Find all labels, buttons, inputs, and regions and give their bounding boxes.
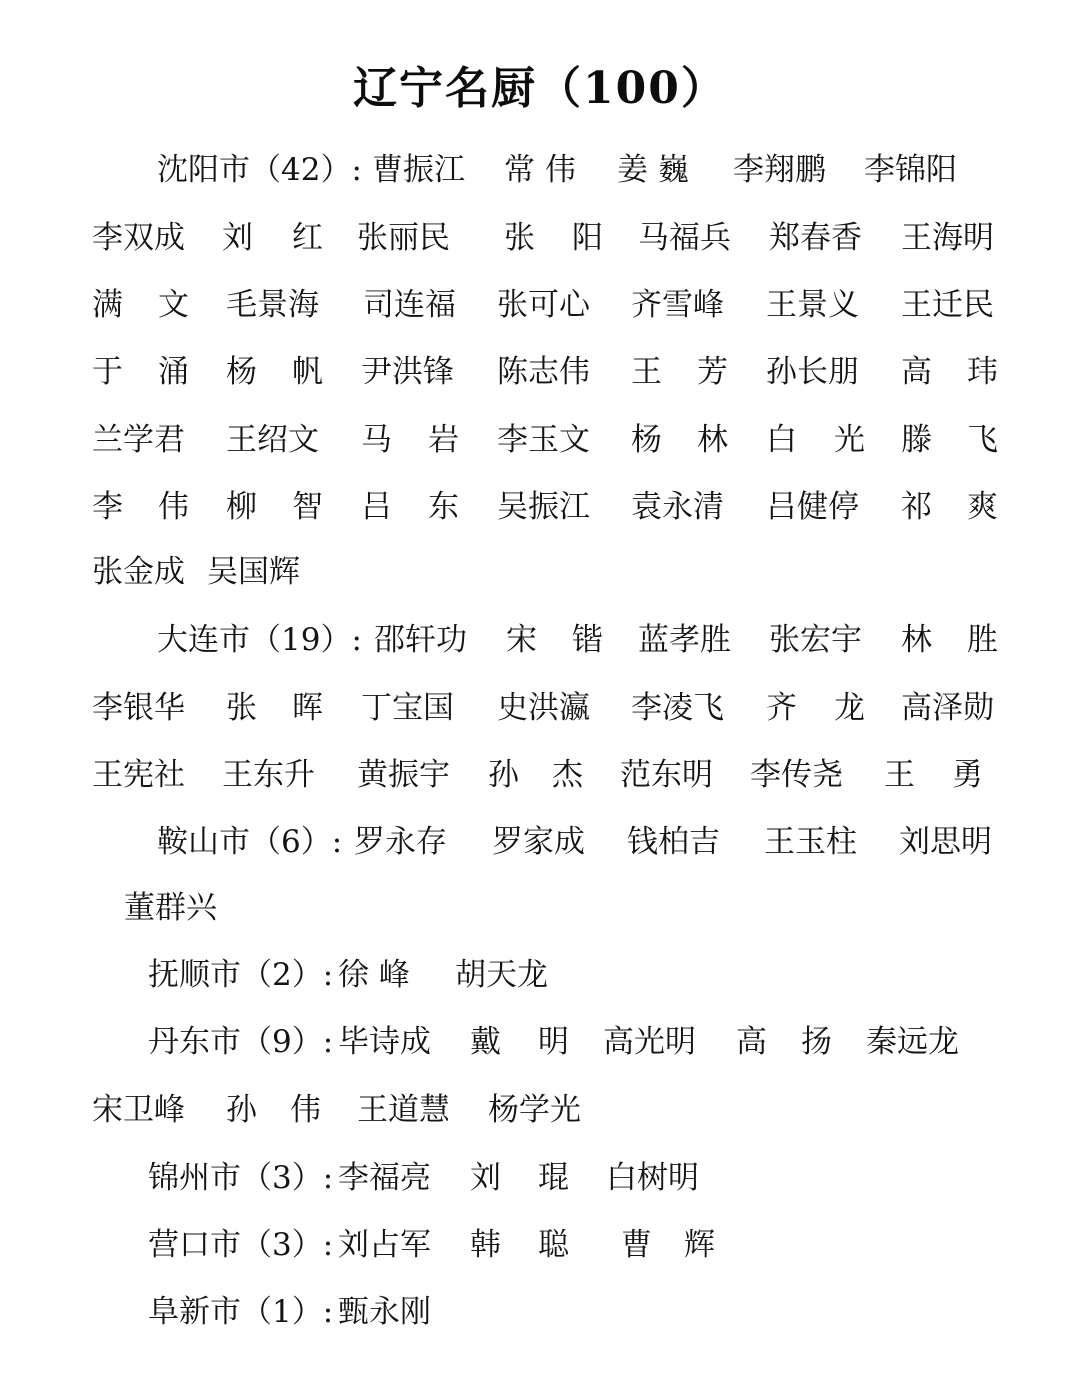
chef-name: 阳	[572, 218, 603, 258]
text-line: 王宪社王东升黄振宇孙杰范东明李传尧王勇	[0, 755, 1080, 805]
chef-name: 高	[736, 1022, 767, 1062]
chef-name: 曹	[621, 1225, 652, 1265]
chef-name: 陈志伟	[497, 352, 590, 392]
chef-name: 扬	[801, 1022, 832, 1062]
chef-name: 岩	[428, 420, 459, 460]
city-label: 丹东市（9）:	[148, 1022, 333, 1062]
chef-name: 吕	[361, 487, 392, 527]
chef-name: 齐雪峰	[631, 285, 724, 325]
chef-name: 王玉柱	[764, 822, 857, 862]
chef-name: 李双成	[92, 218, 185, 258]
chef-name: 芳	[697, 352, 728, 392]
chef-name: 徐 峰	[338, 955, 410, 995]
text-line: 鞍山市（6）:罗永存罗家成钱柏吉王玉柱刘思明	[0, 822, 1080, 872]
chef-name: 丁宝国	[361, 688, 454, 728]
chef-name: 董群兴	[124, 888, 217, 928]
chef-name: 孙	[488, 755, 519, 795]
chef-name: 范东明	[620, 755, 713, 795]
chef-name: 伟	[158, 487, 189, 527]
chef-name: 王景义	[766, 285, 859, 325]
text-line: 张金成吴国辉	[0, 552, 1080, 602]
chef-name: 兰学君	[92, 420, 185, 460]
chef-name: 吕健停	[766, 487, 859, 527]
chef-name: 胜	[967, 620, 998, 660]
chef-name: 张金成	[92, 552, 185, 592]
chef-name: 孙长朋	[766, 352, 859, 392]
chef-name: 智	[292, 487, 323, 527]
chef-name: 白树明	[606, 1158, 699, 1198]
chef-name: 林	[697, 420, 728, 460]
chef-name: 马	[361, 420, 392, 460]
chef-name: 帆	[292, 352, 323, 392]
chef-name: 钱柏吉	[627, 822, 720, 862]
chef-name: 王	[884, 755, 915, 795]
chef-name: 王道慧	[357, 1090, 450, 1130]
chef-name: 涌	[158, 352, 189, 392]
chef-name: 宋卫峰	[92, 1090, 185, 1130]
chef-name: 柳	[226, 487, 257, 527]
chef-name: 杨学光	[488, 1090, 581, 1130]
chef-name: 毕诗成	[338, 1022, 431, 1062]
chef-name: 戴	[470, 1022, 501, 1062]
chef-name: 祁	[901, 487, 932, 527]
city-label: 阜新市（1）:	[148, 1292, 333, 1332]
chef-name: 罗永存	[354, 822, 447, 862]
text-line: 锦州市（3）:李福亮刘琨白树明	[0, 1158, 1080, 1208]
chef-name: 王海明	[901, 218, 994, 258]
city-label: 营口市（3）:	[148, 1225, 333, 1265]
chef-name: 勇	[952, 755, 983, 795]
chef-name: 邵轩功	[374, 620, 467, 660]
text-line: 于涌杨帆尹洪锋陈志伟王芳孙长朋高玮	[0, 352, 1080, 402]
chef-name: 锴	[572, 620, 603, 660]
text-line: 阜新市（1）:甄永刚	[0, 1292, 1080, 1342]
chef-name: 王迁民	[901, 285, 994, 325]
chef-name: 王宪社	[92, 755, 185, 795]
city-label: 沈阳市（42）:	[157, 150, 362, 190]
chef-name: 李福亮	[338, 1158, 431, 1198]
chef-name: 秦远龙	[866, 1022, 959, 1062]
city-label: 大连市（19）:	[157, 620, 362, 660]
chef-name: 杨	[631, 420, 662, 460]
text-line: 兰学君王绍文马岩李玉文杨林白光滕飞	[0, 420, 1080, 470]
chef-name: 司连福	[363, 285, 456, 325]
chef-name: 玮	[967, 352, 998, 392]
chef-name: 常 伟	[504, 150, 576, 190]
chef-name: 吴振江	[497, 487, 590, 527]
chef-name: 毛景海	[226, 285, 319, 325]
chef-name: 王东升	[222, 755, 315, 795]
chef-name: 红	[292, 218, 323, 258]
chef-name: 马福兵	[638, 218, 731, 258]
chef-name: 杰	[552, 755, 583, 795]
chef-name: 龙	[834, 688, 865, 728]
chef-name: 刘占军	[338, 1225, 431, 1265]
chef-name: 爽	[967, 487, 998, 527]
chef-name: 孙	[226, 1090, 257, 1130]
page-title: 辽宁名厨（100）	[0, 52, 1080, 116]
text-line: 抚顺市（2）:徐 峰胡天龙	[0, 955, 1080, 1005]
chef-name: 张	[504, 218, 535, 258]
chef-name: 吴国辉	[207, 552, 300, 592]
city-label: 抚顺市（2）:	[148, 955, 333, 995]
chef-name: 史洪瀛	[497, 688, 590, 728]
text-line: 宋卫峰孙伟王道慧杨学光	[0, 1090, 1080, 1140]
text-line: 李伟柳智吕东吴振江袁永清吕健停祁爽	[0, 487, 1080, 537]
chef-name: 王绍文	[226, 420, 319, 460]
chef-name: 张	[226, 688, 257, 728]
text-line: 满文毛景海司连福张可心齐雪峰王景义王迁民	[0, 285, 1080, 335]
chef-name: 琨	[538, 1158, 569, 1198]
chef-name: 张宏宇	[769, 620, 862, 660]
chef-name: 刘	[222, 218, 253, 258]
chef-name: 蓝孝胜	[638, 620, 731, 660]
chef-name: 于	[92, 352, 123, 392]
chef-name: 李凌飞	[631, 688, 724, 728]
text-line: 沈阳市（42）:曹振江常 伟姜 巍李翔鹏李锦阳	[0, 150, 1080, 200]
text-line: 大连市（19）:邵轩功宋锴蓝孝胜张宏宇林胜	[0, 620, 1080, 670]
chef-name: 满	[92, 285, 123, 325]
chef-name: 甄永刚	[338, 1292, 431, 1332]
chef-name: 高光明	[603, 1022, 696, 1062]
chef-name: 李传尧	[750, 755, 843, 795]
city-label: 锦州市（3）:	[148, 1158, 333, 1198]
chef-name: 晖	[292, 688, 323, 728]
chef-name: 李锦阳	[864, 150, 957, 190]
chef-name: 白	[766, 420, 797, 460]
text-line: 营口市（3）:刘占军韩聪曹辉	[0, 1225, 1080, 1275]
chef-name: 齐	[766, 688, 797, 728]
chef-name: 杨	[226, 352, 257, 392]
chef-name: 辉	[684, 1225, 715, 1265]
chef-name: 李银华	[92, 688, 185, 728]
chef-name: 尹洪锋	[361, 352, 454, 392]
chef-name: 姜 巍	[617, 150, 689, 190]
chef-name: 张丽民	[357, 218, 450, 258]
chef-name: 李	[92, 487, 123, 527]
chef-name: 张可心	[497, 285, 590, 325]
chef-name: 聪	[538, 1225, 569, 1265]
chef-name: 高	[901, 352, 932, 392]
chef-name: 林	[901, 620, 932, 660]
chef-name: 李翔鹏	[733, 150, 826, 190]
chef-name: 光	[834, 420, 865, 460]
chef-name: 明	[538, 1022, 569, 1062]
city-label: 鞍山市（6）:	[157, 822, 342, 862]
chef-name: 韩	[470, 1225, 501, 1265]
text-line: 李双成刘红张丽民张阳马福兵郑春香王海明	[0, 218, 1080, 268]
chef-name: 东	[428, 487, 459, 527]
chef-name: 滕	[901, 420, 932, 460]
chef-name: 罗家成	[492, 822, 585, 862]
chef-name: 刘思明	[899, 822, 992, 862]
chef-name: 高泽勋	[901, 688, 994, 728]
chef-name: 伟	[290, 1090, 321, 1130]
chef-name: 袁永清	[631, 487, 724, 527]
text-line: 李银华张晖丁宝国史洪瀛李凌飞齐龙高泽勋	[0, 688, 1080, 738]
chef-name: 李玉文	[497, 420, 590, 460]
chef-name: 胡天龙	[455, 955, 548, 995]
chef-name: 飞	[967, 420, 998, 460]
chef-name: 郑春香	[769, 218, 862, 258]
chef-name: 王	[631, 352, 662, 392]
text-line: 丹东市（9）:毕诗成戴明高光明高扬秦远龙	[0, 1022, 1080, 1072]
chef-name: 刘	[470, 1158, 501, 1198]
chef-name: 宋	[506, 620, 537, 660]
chef-name: 曹振江	[372, 150, 465, 190]
chef-name: 文	[158, 285, 189, 325]
chef-name: 黄振宇	[357, 755, 450, 795]
text-line: 董群兴	[0, 888, 1080, 938]
